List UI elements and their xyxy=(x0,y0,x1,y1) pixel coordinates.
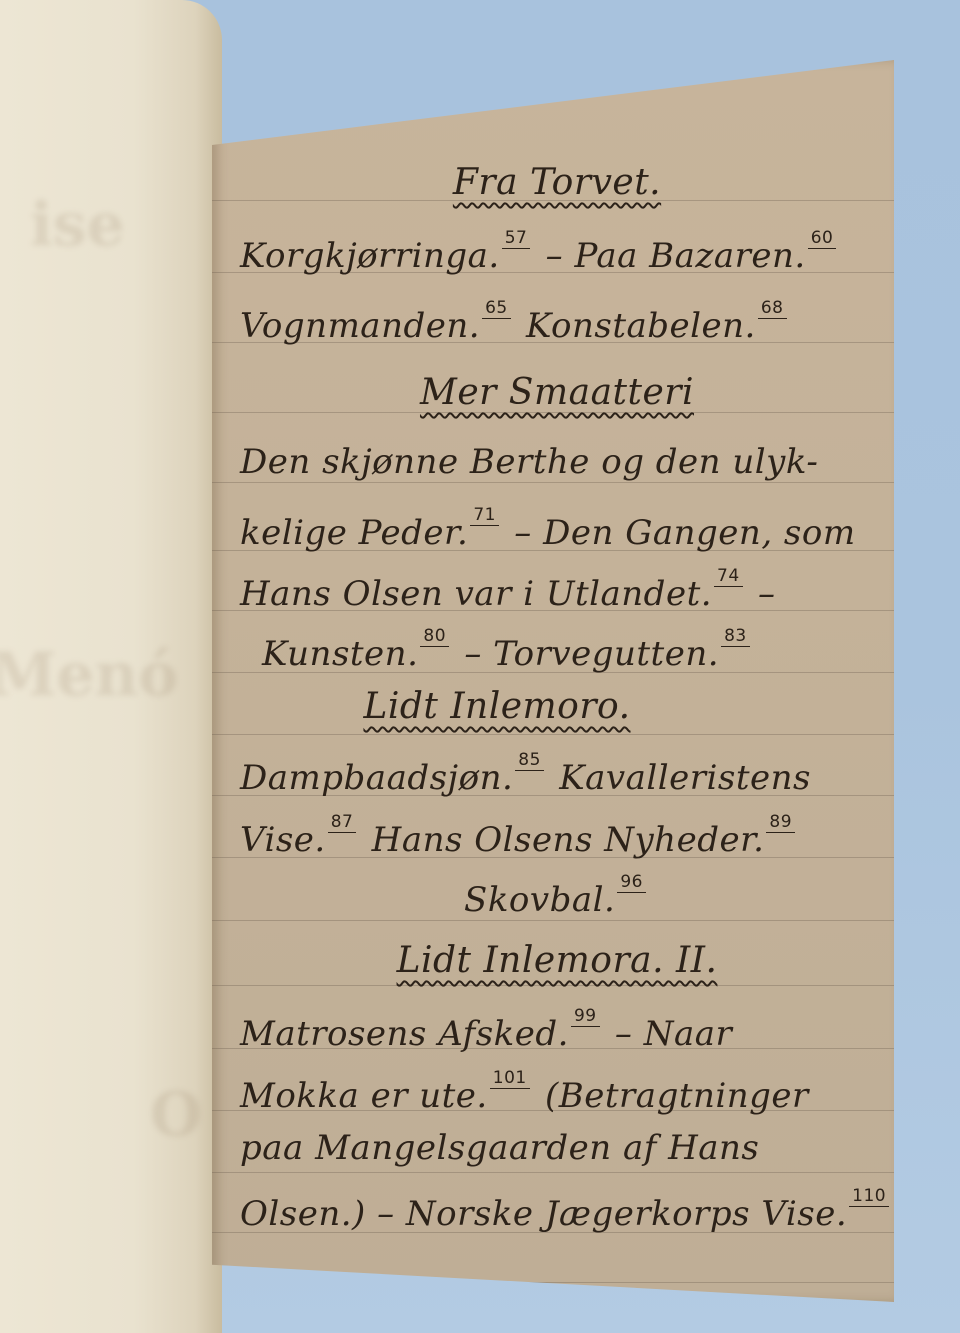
page-number: 101 xyxy=(490,1068,530,1089)
bleed-through-text: O xyxy=(150,1080,202,1150)
entry-title: Vise. xyxy=(240,820,326,860)
toc-line: Dampbaadsjøn.85 Kavalleristens xyxy=(222,750,892,798)
entry-title: kelige Peder. xyxy=(240,513,468,553)
entry-title: Den skjønne Berthe og den ulyk- xyxy=(240,442,818,482)
entry-title: – Den Gangen, som xyxy=(503,513,856,553)
entry-title: – Naar xyxy=(604,1014,733,1054)
page-number: 80 xyxy=(420,626,449,647)
page-number: 65 xyxy=(482,298,511,319)
toc-line: Vognmanden.65 Konstabelen.68 xyxy=(222,298,892,346)
left-page: ise Menó O xyxy=(0,0,222,1333)
entry-title: – Torvegutten. xyxy=(453,634,719,674)
toc-line: Olsen.) – Norske Jægerkorps Vise.110 xyxy=(222,1186,892,1234)
toc-line: Korgkjørringa.57 – Paa Bazaren.60 xyxy=(222,228,892,276)
entry-title: Hans Olsens Nyheder. xyxy=(360,820,764,860)
bleed-through-text: Menó xyxy=(0,640,178,710)
page-number: 99 xyxy=(571,1006,600,1027)
section-heading: Lidt Inlemoro. xyxy=(222,686,892,727)
toc-line: Kunsten.80 – Torvegutten.83 xyxy=(222,626,892,674)
entry-title: Matrosens Afsked. xyxy=(240,1014,569,1054)
entry-title: Skovbal. xyxy=(464,880,615,920)
section-heading: Fra Torvet. xyxy=(222,162,892,203)
toc-line: kelige Peder.71 – Den Gangen, som xyxy=(222,505,892,553)
entry-title: Kunsten. xyxy=(262,634,418,674)
entry-title: – Paa Bazaren. xyxy=(534,236,805,276)
page-number: 89 xyxy=(766,812,795,833)
entry-title: Vognmanden. xyxy=(240,306,480,346)
page-number: 83 xyxy=(721,626,750,647)
page-number: 96 xyxy=(617,872,646,893)
entry-title: Korgkjørringa. xyxy=(240,236,500,276)
section-heading: Mer Smaatteri xyxy=(222,372,892,413)
page-number: 57 xyxy=(502,228,531,249)
table-of-contents: Fra Torvet. Korgkjørringa.57 – Paa Bazar… xyxy=(222,0,892,1333)
section-heading: Lidt Inlemora. II. xyxy=(222,940,892,981)
page-number: 74 xyxy=(714,566,743,587)
toc-line: Hans Olsen var i Utlandet.74 – xyxy=(222,566,892,614)
bleed-through-text: ise xyxy=(30,190,125,260)
entry-title: – xyxy=(747,574,776,614)
entry-title: Dampbaadsjøn. xyxy=(240,758,513,798)
page-number: 68 xyxy=(758,298,787,319)
entry-title: Mokka er ute. xyxy=(240,1076,488,1116)
page-number: 71 xyxy=(470,505,499,526)
page-number: 85 xyxy=(515,750,544,771)
toc-line: paa Mangelsgaarden af Hans xyxy=(222,1128,892,1168)
toc-line: Den skjønne Berthe og den ulyk- xyxy=(222,442,892,482)
toc-line: Vise.87 Hans Olsens Nyheder.89 xyxy=(222,812,892,860)
page-number: 110 xyxy=(849,1186,889,1207)
entry-title: paa Mangelsgaarden af Hans xyxy=(240,1128,759,1168)
page-number: 60 xyxy=(808,228,837,249)
toc-line: Mokka er ute.101 (Betragtninger xyxy=(222,1068,892,1116)
entry-title: Kavalleristens xyxy=(548,758,811,798)
toc-line: Matrosens Afsked.99 – Naar xyxy=(222,1006,892,1054)
entry-title: (Betragtninger xyxy=(534,1076,809,1116)
entry-title: Hans Olsen var i Utlandet. xyxy=(240,574,712,614)
page-number: 87 xyxy=(328,812,357,833)
entry-title: Olsen.) – Norske Jægerkorps Vise. xyxy=(240,1194,847,1234)
entry-title: Konstabelen. xyxy=(515,306,756,346)
toc-line: Skovbal.96 xyxy=(222,872,892,920)
